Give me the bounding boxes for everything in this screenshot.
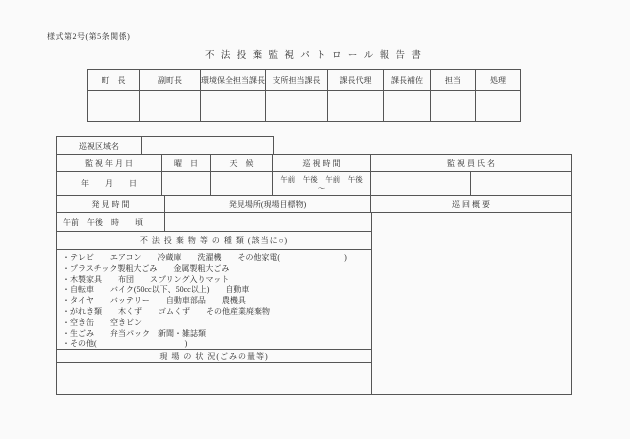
- patrol-area-label: 巡視区域名: [57, 137, 142, 155]
- approval-col-branch-section-chief: 支所担当課長: [266, 70, 328, 121]
- weather-input[interactable]: [211, 172, 273, 196]
- discovery-time-input[interactable]: 午前 午後 時 頃: [57, 213, 165, 232]
- weekday-input[interactable]: [162, 172, 211, 196]
- page-title: 不 法 投 棄 監 視 パ ト ロ ー ル 報 告 書: [56, 47, 572, 61]
- waste-item-cans-bottles[interactable]: ・空き缶 空きビン: [62, 318, 142, 329]
- patrol-summary-header: 巡 回 概 要: [371, 196, 571, 213]
- approval-stamp-cell[interactable]: [140, 91, 200, 121]
- monitor-date-header: 監 視 年 月 日: [57, 155, 162, 172]
- waste-item-appliances[interactable]: ・テレビ エアコン 冷蔵庫 洗濯機 その他家電( ): [62, 253, 347, 264]
- patrol-time-input[interactable]: 午前 午後 午前 午後 〜: [273, 172, 371, 196]
- approval-header-branch-section-chief: 支所担当課長: [266, 70, 327, 91]
- patrol-area-row: 巡視区域名: [56, 136, 274, 155]
- monitor-date-input[interactable]: 年 月 日: [57, 172, 162, 196]
- patrol-area-input[interactable]: [142, 137, 273, 155]
- discovery-place-input[interactable]: [165, 213, 371, 232]
- approval-stamp-cell[interactable]: [431, 91, 475, 121]
- waste-item-garbage[interactable]: ・生ごみ 弁当パック 新聞・雑誌類: [62, 329, 206, 340]
- waste-item-furniture[interactable]: ・木製家具 布団 スプリング入りマット: [62, 275, 229, 286]
- approval-col-deputy-mayor: 副町長: [140, 70, 201, 121]
- approval-col-assistant-chief: 課長補佐: [384, 70, 431, 121]
- approval-stamp-cell[interactable]: [266, 91, 327, 121]
- discovery-place-header: 発見場所(現場目標物): [165, 196, 371, 213]
- approval-stamp-cell[interactable]: [201, 91, 265, 121]
- approval-header-assistant-chief: 課長補佐: [384, 70, 430, 91]
- approval-header-env-section-chief: 環境保全担当課長: [201, 70, 265, 91]
- approval-header-deputy-mayor: 副町長: [140, 70, 200, 91]
- approval-col-acting-chief: 課長代理: [328, 70, 384, 121]
- approval-header-staff: 担当: [431, 70, 475, 91]
- waste-item-vehicles[interactable]: ・自転車 バイク(50cc以下、50cc以上) 自動車: [62, 285, 249, 296]
- patrol-time-ampm: 午前 午後 午前 午後: [280, 175, 363, 184]
- form-note: 様式第2号(第5条関係): [47, 31, 130, 42]
- patrol-time-tilde: 〜: [318, 184, 326, 193]
- approval-col-processing: 処理: [476, 70, 520, 121]
- approval-col-staff: 担当: [431, 70, 476, 121]
- approval-header-acting-chief: 課長代理: [328, 70, 383, 91]
- approval-header-mayor: 町 長: [88, 70, 139, 91]
- waste-type-section-header: 不 法 投 棄 物 等 の 種 類 (該当に○): [57, 232, 371, 250]
- approval-stamp-cell[interactable]: [328, 91, 383, 121]
- waste-item-debris[interactable]: ・がれき類 木くず ゴムくず その他産業廃棄物: [62, 307, 270, 318]
- approval-stamp-cell[interactable]: [88, 91, 139, 121]
- site-condition-input[interactable]: [57, 363, 371, 394]
- monitor-name-header: 監 視 員 氏 名: [371, 155, 571, 172]
- main-table: 監 視 年 月 日 曜 日 天 候 巡 視 時 間 監 視 員 氏 名 年 月 …: [56, 154, 572, 395]
- approval-header-processing: 処理: [476, 70, 520, 91]
- patrol-time-header: 巡 視 時 間: [273, 155, 371, 172]
- approval-col-env-section-chief: 環境保全担当課長: [201, 70, 266, 121]
- report-form-page: 様式第2号(第5条関係) 不 法 投 棄 監 視 パ ト ロ ー ル 報 告 書…: [0, 0, 630, 439]
- approval-stamp-table: 町 長 副町長 環境保全担当課長 支所担当課長 課長代理 課長補佐 担当 処理: [87, 69, 521, 122]
- approval-stamp-cell[interactable]: [384, 91, 430, 121]
- waste-item-auto-parts[interactable]: ・タイヤ バッテリー 自動車部品 農機具: [62, 296, 246, 307]
- monitor-name-input-2[interactable]: [471, 172, 571, 196]
- approval-col-mayor: 町 長: [88, 70, 140, 121]
- waste-type-list: ・テレビ エアコン 冷蔵庫 洗濯機 その他家電( ) ・プラスチック製粗大ごみ …: [57, 250, 371, 350]
- discovery-time-header: 発 見 時 間: [57, 196, 165, 213]
- approval-stamp-cell[interactable]: [476, 91, 520, 121]
- patrol-summary-input[interactable]: [371, 213, 571, 394]
- monitor-name-input-1[interactable]: [371, 172, 471, 196]
- waste-item-other[interactable]: ・その他( ): [62, 339, 187, 350]
- waste-item-bulky[interactable]: ・プラスチック製粗大ごみ 金属製粗大ごみ: [62, 264, 229, 275]
- weather-header: 天 候: [211, 155, 273, 172]
- site-condition-header: 現 場 の 状 況(ごみの量等): [57, 350, 371, 363]
- weekday-header: 曜 日: [162, 155, 211, 172]
